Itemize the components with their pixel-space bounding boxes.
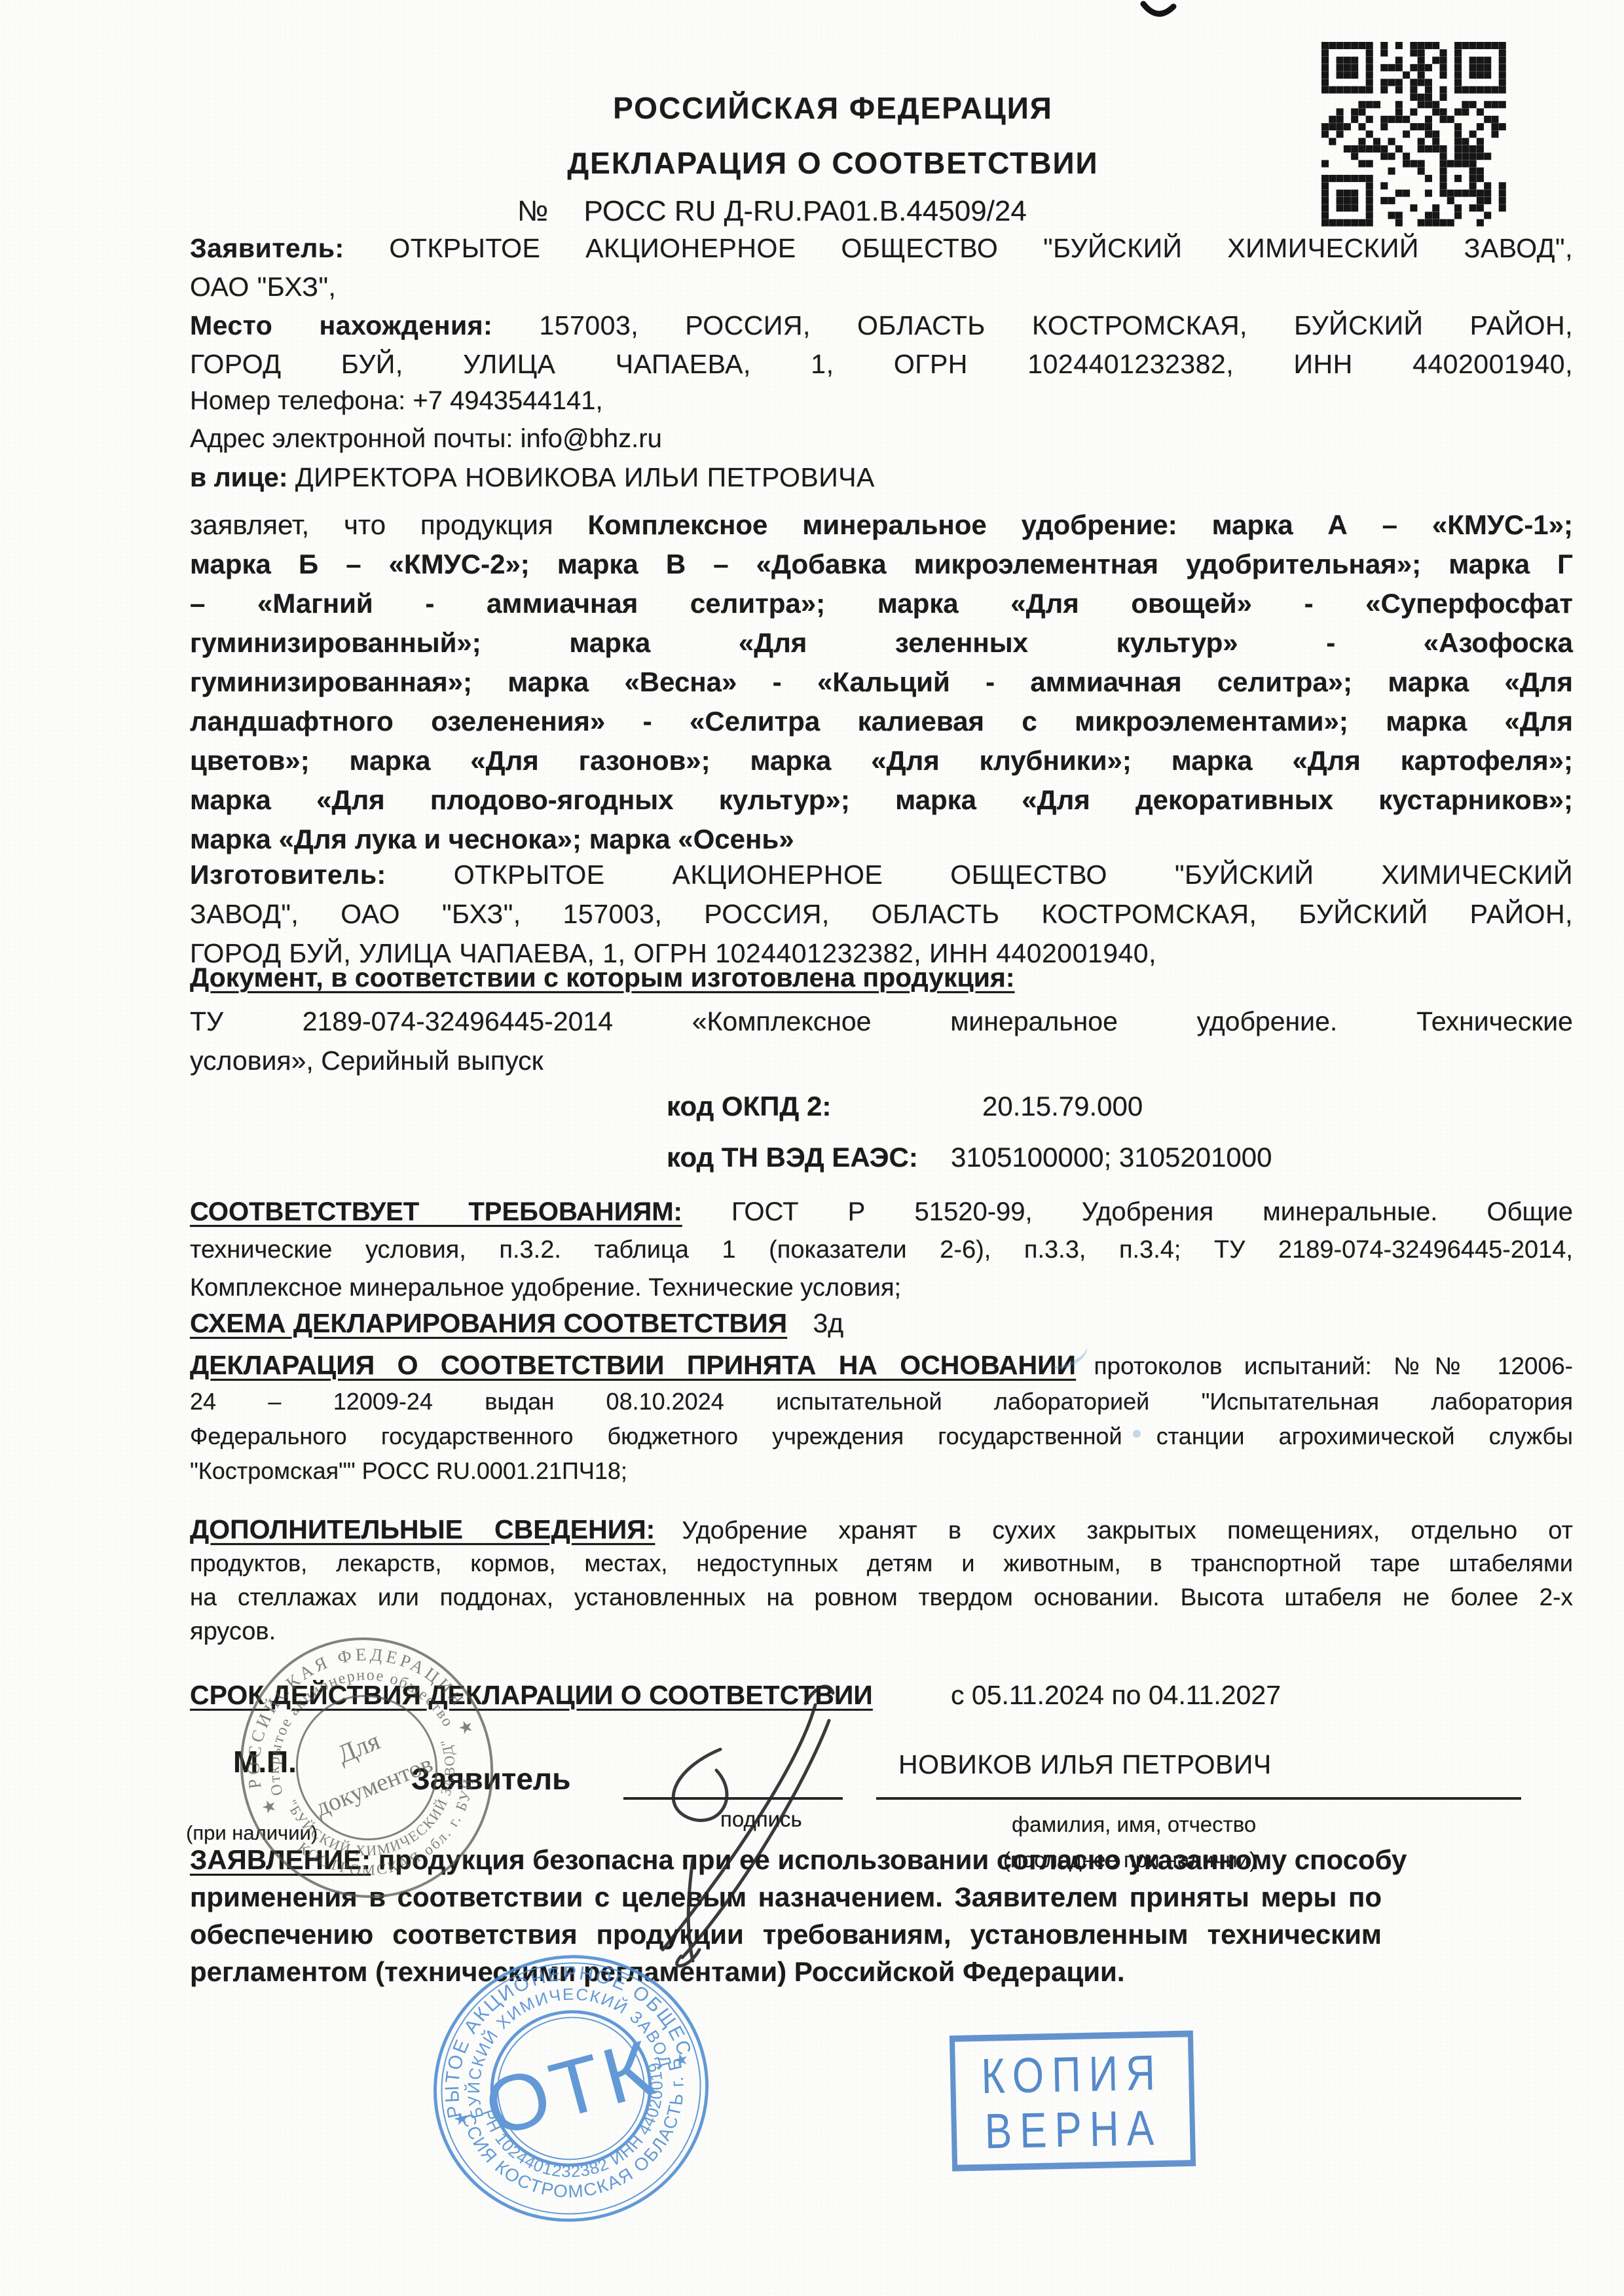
representative-label: в лице: [190,462,288,492]
text-line: продуктов, лекарств, кормов, местах, нед… [190,1546,1573,1580]
email-value: info@bhz.ru [521,424,662,453]
manufacturer-paragraph: Изготовитель: ОТКРЫТОЕ АКЦИОНЕРНОЕ ОБЩЕС… [190,855,1573,973]
adoption-paragraph: ДЕКЛАРАЦИЯ О СООТВЕТСТВИИ ПРИНЯТА НА ОСН… [190,1346,1573,1488]
validity-value: с 05.11.2024 по 04.11.2027 [951,1680,1281,1711]
document-page: РОССИЙСКАЯ ФЕДЕРАЦИЯ ДЕКЛАРАЦИЯ О СООТВЕ… [0,0,1624,2296]
location-label: Место нахождения: [190,310,492,340]
country-title: РОССИЙСКАЯ ФЕДЕРАЦИЯ [0,90,1624,126]
text-line: ОТКРЫТОЕ АКЦИОНЕРНОЕ ОБЩЕСТВО "БУЙСКИЙ Х… [389,233,1573,263]
product-intro: заявляет, что продукция [190,509,553,540]
applicant-label: Заявитель: [190,233,344,263]
signatory-name: НОВИКОВ ИЛЬЯ ПЕТРОВИЧ [898,1749,1272,1780]
text-line: 24 – 12009-24 выдан 08.10.2024 испытател… [190,1384,1573,1419]
phone-row: Номер телефона: +7 4943544141, [190,386,603,416]
phone-label: Номер телефона: [190,386,405,415]
text-line: гуминизированный»; марка «Для зеленных к… [190,623,1573,663]
text-line: Комплексное минеральное удобрение. Техни… [190,1269,1573,1307]
text-line: Удобрение хранят в сухих закрытых помеще… [682,1517,1573,1544]
text-line: ОТКРЫТОЕ АКЦИОНЕРНОЕ ОБЩЕСТВО "БУЙСКИЙ Х… [454,860,1573,890]
copy-stamp-line2: ВЕРНА [956,2100,1190,2160]
location-paragraph: Место нахождения: 157003, РОССИЯ, ОБЛАСТ… [190,306,1573,384]
text-line: на стеллажах или поддонах, установленных… [190,1580,1573,1614]
text-line: 157003, РОССИЯ, ОБЛАСТЬ КОСТРОМСКАЯ, БУЙ… [539,310,1573,340]
scan-artifact-mark [1139,0,1179,24]
text-line: – «Магний - аммиачная селитра»; марка «Д… [190,584,1573,623]
compliance-label: СООТВЕТСТВУЕТ ТРЕБОВАНИЯМ: [190,1197,682,1226]
product-paragraph: заявляет, что продукция Комплексное мине… [190,505,1573,859]
basis-doc-paragraph: ТУ 2189-074-32496445-2014 «Комплексное м… [190,1002,1573,1080]
adoption-label: ДЕКЛАРАЦИЯ О СООТВЕТСТВИИ ПРИНЯТА НА ОСН… [190,1350,1076,1380]
signature [589,1663,871,1971]
text-line: Федерального государственного бюджетного… [190,1419,1573,1453]
svg-text:документов: документов [312,1750,437,1822]
text-line: ТУ 2189-074-32496445-2014 «Комплексное м… [190,1002,1573,1041]
phone-value: +7 4943544141, [413,386,602,415]
svg-text:Для: Для [333,1726,384,1769]
representative-name: ДИРЕКТОРА НОВИКОВА ИЛЬИ ПЕТРОВИЧА [295,462,875,492]
text-line: технические условия, п.3.2. таблица 1 (п… [190,1231,1573,1269]
text-line: ГОСТ Р 51520-99, Удобрения минеральные. … [731,1197,1573,1226]
text-line: ГОРОД БУЙ, УЛИЦА ЧАПАЕВА, 1, ОГРН 102440… [190,345,1573,384]
email-label: Адрес электронной почты: [190,424,513,453]
text-line: цветов»; марка «Для газонов»; марка «Для… [190,741,1573,780]
scheme-row: СХЕМА ДЕКЛАРИРОВАНИЯ СООТВЕТСТВИЯ 3д [190,1308,843,1339]
text-line: марка «Для лука и чеснока»; марка «Осень… [190,820,1573,859]
qr-code [1321,42,1506,227]
declaration-number: РОСС RU Д-RU.РА01.В.44509/24 [583,195,1026,227]
text-line: условия», Серийный выпуск [190,1041,1573,1080]
copy-verna-stamp: КОПИЯ ВЕРНА [950,2030,1196,2171]
additional-label: ДОПОЛНИТЕЛЬНЫЕ СВЕДЕНИЯ: [190,1514,655,1544]
scheme-label: СХЕМА ДЕКЛАРИРОВАНИЯ СООТВЕТСТВИЯ [190,1308,787,1338]
basis-doc-label: Документ, в соответствии с которым изгот… [190,962,1014,993]
copy-stamp-line1: КОПИЯ [955,2045,1189,2105]
text-line: "Костромская"" РОСС RU.0001.21ПЧ18; [190,1453,1573,1488]
text-line: протоколов испытаний: №№ 12006- [1094,1353,1573,1379]
manufacturer-label: Изготовитель: [190,860,386,890]
text-line: ОАО "БХЗ", [190,268,1573,306]
tnved-value: 3105100000; 3105201000 [951,1142,1272,1173]
number-row: № РОСС RU Д-RU.РА01.В.44509/24 [517,195,1027,228]
ink-dot [1133,1430,1141,1438]
text-line: гуминизированная»; марка «Весна» - «Каль… [190,663,1573,702]
representative-row: в лице: ДИРЕКТОРА НОВИКОВА ИЛЬИ ПЕТРОВИЧ… [190,462,875,493]
text-line: марка «Для плодово-ягодных культур»; мар… [190,780,1573,820]
email-row: Адрес электронной почты: info@bhz.ru [190,424,662,454]
scheme-value: 3д [813,1308,843,1338]
name-rule [876,1797,1521,1800]
text-line: ЗАВОД", ОАО "БХЗ", 157003, РОССИЯ, ОБЛАС… [190,894,1573,934]
okpd-value: 20.15.79.000 [982,1091,1143,1122]
otk-stamp: ОТКРЫТОЕ АКЦИОНЕРНОЕ ОБЩЕСТВО БУЙСКИЙ ХИ… [420,1943,722,2238]
text-line: марка Б – «КМУС-2»; марка В – «Добавка м… [190,545,1573,584]
text-line: продукция безопасна при ее использовании… [378,1844,1407,1875]
applicant-paragraph: Заявитель: ОТКРЫТОЕ АКЦИОНЕРНОЕ ОБЩЕСТВО… [190,229,1573,306]
doc-title: ДЕКЛАРАЦИЯ О СООТВЕТСТВИИ [0,145,1624,181]
name-caption-1: фамилия, имя, отчество [1012,1812,1256,1837]
svg-text:★: ★ [455,1715,477,1739]
number-sign: № [517,195,548,227]
svg-text:★: ★ [259,1795,280,1819]
compliance-paragraph: СООТВЕТСТВУЕТ ТРЕБОВАНИЯМ: ГОСТ Р 51520-… [190,1193,1573,1307]
text-line: Комплексное минеральное удобрение: марка… [588,509,1574,540]
company-doc-stamp: РОССИЙСКАЯ ФЕДЕРАЦИЯ Открытое акционерно… [223,1624,511,1912]
text-line: ландшафтного озеленения» - «Селитра кали… [190,702,1573,741]
tnved-label: код ТН ВЭД ЕАЭС: [667,1142,918,1173]
okpd-label: код ОКПД 2: [667,1091,831,1122]
